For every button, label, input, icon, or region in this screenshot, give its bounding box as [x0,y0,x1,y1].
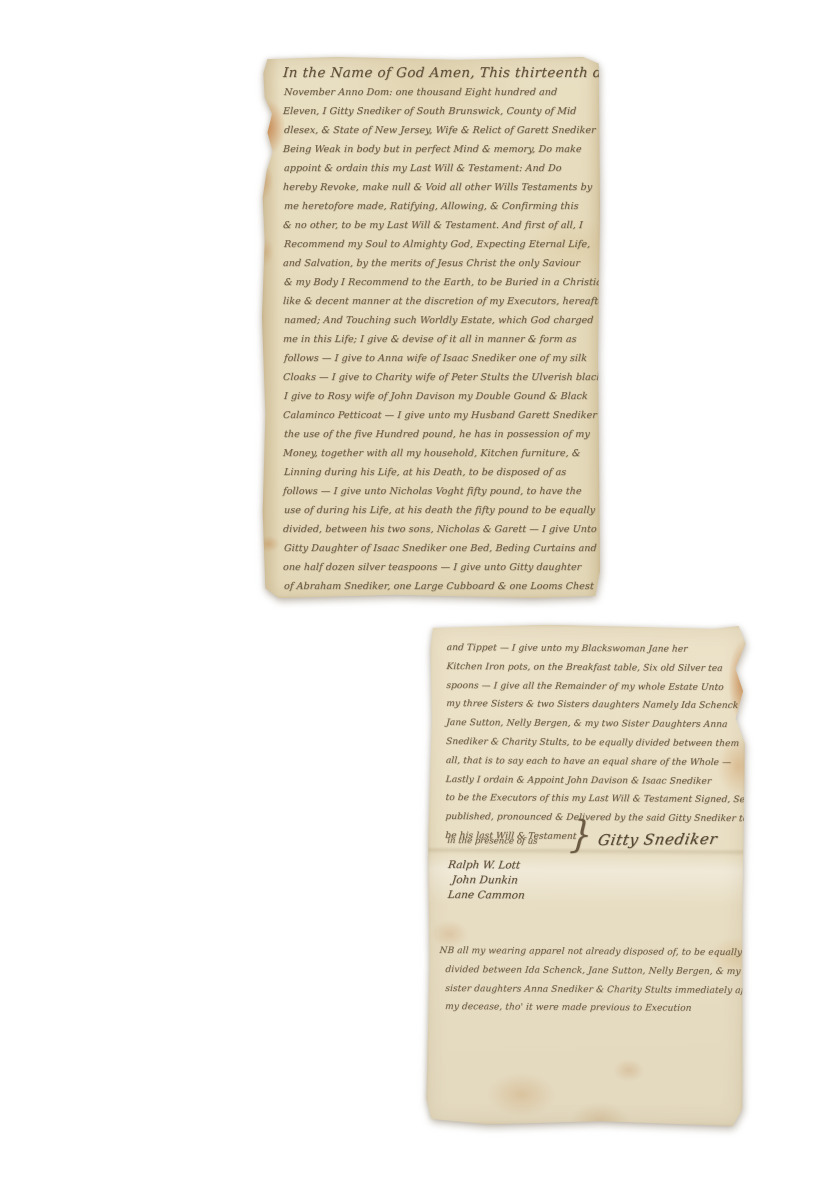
manuscript-line: follows — I give unto Nicholas Voght fif… [283,482,591,501]
witness-signature: Ralph W. Lott [447,858,526,873]
manuscript-line: NB all my wearing apparel not already di… [439,942,730,963]
manuscript-line: spoons — I give all the Remainder of my … [446,677,734,698]
manuscript-line: one half dozen silver teaspoons — I give… [283,558,591,577]
manuscript-line: me in this Life; I give & devise of it a… [283,330,591,349]
manuscript-line: to be the Executors of this my Last Will… [445,789,733,810]
brace-glyph: } [569,813,594,857]
manuscript-line: Eleven, I Gitty Snediker of South Brunsw… [283,102,591,121]
manuscript-line: In the Name of God Amen, This thirteenth… [283,64,591,83]
manuscript-line: appoint & ordain this my Last Will & Tes… [284,159,592,178]
page1-text: In the Name of God Amen, This thirteenth… [283,64,590,596]
manuscript-line: of Abraham Snediker, one Large Cubboard … [284,577,592,596]
manuscript-line: hereby Revoke, make null & Void all othe… [283,178,591,197]
manuscript-line: Jane Sutton, Nelly Bergen, & my two Sist… [445,714,733,735]
manuscript-line: me heretofore made, Ratifying, Allowing,… [284,197,592,216]
manuscript-line: named; And Touching such Worldly Estate,… [284,311,592,330]
attestation-label: in the presence of us [447,836,538,847]
manuscript-line: Snediker & Charity Stults, to be equally… [445,733,733,754]
postscript-text: NB all my wearing apparel not already di… [439,942,730,1019]
manuscript-line: Recommend my Soul to Almighty God, Expec… [284,235,592,254]
testator-signature: Gitty Snediker [597,830,719,849]
manuscript-line: and Salvation, by the merits of Jesus Ch… [283,254,591,273]
manuscript-line: Money, together with all my household, K… [283,444,591,463]
manuscript-line: & my Body I Recommend to the Earth, to b… [284,273,592,292]
manuscript-line: Linning during his Life, at his Death, t… [284,463,592,482]
will-page-1: In the Name of God Amen, This thirteenth… [262,57,600,598]
manuscript-line: & no other, to be my Last Will & Testame… [283,216,591,235]
manuscript-line: like & decent manner at the discretion o… [283,292,591,311]
manuscript-line: Lastly I ordain & Appoint John Davison &… [445,771,733,792]
manuscript-line: November Anno Dom: one thousand Eight hu… [284,83,592,102]
will-page-2: and Tippet — I give unto my Blackswoman … [426,624,745,1126]
manuscript-line: all, that is to say each to have an equa… [445,752,733,773]
manuscript-line: Cloaks — I give to Charity wife of Peter… [283,368,591,387]
manuscript-line: my three Sisters & two Sisters daughters… [446,695,734,716]
scan-area: In the Name of God Amen, This thirteenth… [0,0,819,1197]
manuscript-line: dlesex, & State of New Jersey, Wife & Re… [284,121,592,140]
manuscript-line: divided, between his two sons, Nicholas … [283,520,591,539]
will-page-1-wrapper: In the Name of God Amen, This thirteenth… [262,57,600,598]
manuscript-line: my decease, tho' it were made previous t… [439,998,730,1019]
witness-list: Ralph W. LottJohn DunkinLane Cammon [448,858,525,903]
manuscript-line: and Tippet — I give unto my Blackswoman … [446,639,734,660]
manuscript-line: Gitty Daughter of Isaac Snediker one Bed… [284,539,592,558]
witness-signature: Lane Cammon [447,888,526,903]
manuscript-line: Being Weak in body but in perfect Mind &… [283,140,591,159]
manuscript-line: follows — I give to Anna wife of Isaac S… [284,349,592,368]
manuscript-line: Kitchen Iron pots, on the Breakfast tabl… [446,658,734,679]
will-page-2-wrapper: and Tippet — I give unto my Blackswoman … [428,625,744,1125]
manuscript-line: divided between Ida Schenck, Jane Sutton… [439,961,730,982]
manuscript-line: sister daughters Anna Snediker & Charity… [439,980,730,1001]
manuscript-line: use of during his Life, at his death the… [284,501,592,520]
manuscript-line: Calaminco Petticoat — I give unto my Hus… [283,406,591,425]
witness-signature: John Dunkin [451,873,530,888]
manuscript-line: I give to Rosy wife of John Davison my D… [284,387,592,406]
manuscript-line: the use of the five Hundred pound, he ha… [284,425,592,444]
